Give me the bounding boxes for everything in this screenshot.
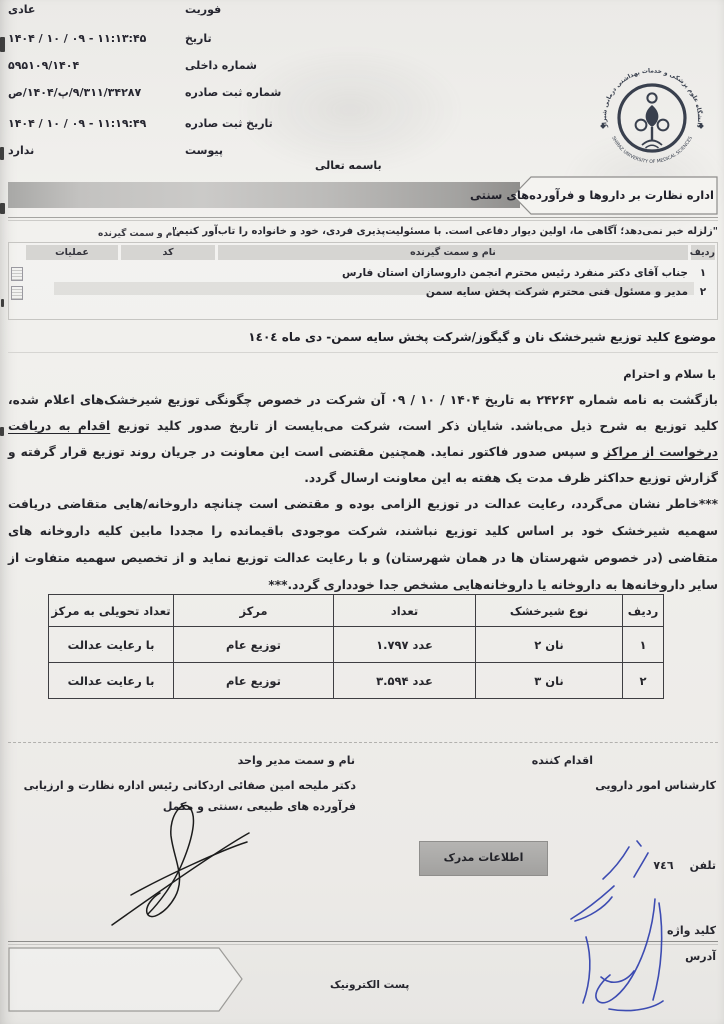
signoff-divider <box>8 742 718 743</box>
address-label: آدرس <box>685 950 716 963</box>
issue-no-value: ص/۱۴۰۴/پ/۹/۳۱۱/۳۴۲۸۷ <box>8 86 178 99</box>
issue-no-label: شماره ثبت صادره <box>185 86 281 99</box>
actor-role: کارشناس امور دارویی <box>595 779 716 792</box>
distribution-header-row: ردیف نوع شیرخشک تعداد مرکز تعداد تحویلی … <box>49 595 664 627</box>
recipient-row-1: ۱ جناب آقای دکتر منفرد رئیس محترم انجمن … <box>9 264 717 283</box>
recipients-header-code: کد <box>121 245 215 260</box>
attachment-label: پیوست <box>185 144 223 157</box>
date-label: تاریخ <box>185 32 212 45</box>
internal-no-label: شماره داخلی <box>185 59 257 72</box>
crest-watermark <box>235 45 465 175</box>
dist-row2-center: توزیع عام <box>174 663 334 699</box>
keyword-label: کلید واژه <box>667 924 716 937</box>
scanned-letter-page: فوریت عادی تاریخ ۱۴۰۴ / ۱۰ / ۰۹ - ۱۱:۱۳:… <box>0 0 724 1024</box>
dist-header-center: مرکز <box>174 595 334 627</box>
earthquake-awareness-quote: "زلزله خبر نمی‌دهد؛ آگاهی ما، اولین دیوا… <box>172 226 718 237</box>
document-info-button: اطلاعات مدرک <box>419 841 548 876</box>
recipient-row-2: ۲ مدیر و مسئول فنی محترم شرکت پخش سایه س… <box>9 283 717 302</box>
subject-divider <box>8 352 718 353</box>
para1-text: بازگشت به نامه شماره ۲۴۲۶۳ به تاریخ ۱۴۰۴… <box>8 393 718 433</box>
dist-row1-no: ۱ <box>623 627 664 663</box>
banner-divider <box>8 217 718 221</box>
salutation: با سلام و احترام <box>623 367 716 381</box>
recipient-row-1-no: ۱ <box>691 264 715 283</box>
dist-row1-type: نان ۲ <box>476 627 623 663</box>
distribution-table: ردیف نوع شیرخشک تعداد مرکز تعداد تحویلی … <box>48 594 664 699</box>
internal-no-value: ۵۹۵۱۰۹/۱۴۰۴ <box>8 59 178 72</box>
recipients-header-row: ردیف نام و سمت گیرنده کد عملیات <box>9 243 717 260</box>
recipients-header-name: نام و سمت گیرنده <box>218 245 688 260</box>
subject-line: موضوع کلید توزیع شیرخشک نان و گیگوز/شرکت… <box>248 330 716 344</box>
dist-row1-center: توزیع عام <box>174 627 334 663</box>
handwritten-note-blue <box>571 841 663 1011</box>
urgency-value: عادی <box>8 3 178 16</box>
attachment-value: ندارد <box>8 144 178 157</box>
dist-header-type: نوع شیرخشک <box>476 595 623 627</box>
phone-label: تلفن <box>690 859 716 872</box>
dist-header-delivered: تعداد تحویلی به مرکز <box>49 595 174 627</box>
dist-row2-type: نان ۳ <box>476 663 623 699</box>
phone-row: تلفن ٧٤٦ <box>653 859 716 872</box>
recipient-row-1-name: جناب آقای دکتر منفرد رئیس محترم انجمن دا… <box>218 264 688 283</box>
left-edge-scan-smudges <box>0 37 5 436</box>
issue-date-value: ۱۴۰۴ / ۱۰ / ۰۹ - ۱۱:۱۹:۴۹ <box>8 117 178 130</box>
actor-label: اقدام کننده <box>532 754 593 767</box>
footer-divider <box>8 941 718 945</box>
recipient-row-2-no: ۲ <box>691 283 715 302</box>
manager-label: نام و سمت مدیر واحد <box>238 754 355 767</box>
document-action-icon <box>11 286 23 300</box>
email-label: پست الکترونیک <box>330 979 409 991</box>
recipient-row-2-code <box>121 283 215 302</box>
dist-row2-delivered: با رعایت عدالت <box>49 663 174 699</box>
recipient-row-1-actions <box>26 264 118 283</box>
banner-bar <box>8 182 520 208</box>
document-action-icon <box>11 267 23 281</box>
besmele-text: باسمه تعالی <box>315 159 382 172</box>
manager-signature-black <box>112 806 249 925</box>
manager-name: دکتر ملیحه امین صفائی اردکانی رئیس اداره… <box>11 775 356 817</box>
email-chevron-outline <box>8 946 246 1014</box>
recipient-section-label: نام و سمت گیرنده <box>98 229 179 239</box>
distribution-row-2: ۲ نان ۳ ۳.۵۹۴ عدد توزیع عام با رعایت عدا… <box>49 663 664 699</box>
body-paragraph-2: ***خاطر نشان می‌گردد، رعایت عدالت در توز… <box>8 491 718 599</box>
university-seal-logo: دانشگاه علوم پزشکی و خدمات بهداشتی درمان… <box>596 62 708 174</box>
dist-row1-delivered: با رعایت عدالت <box>49 627 174 663</box>
phone-value: ٧٤٦ <box>653 859 673 872</box>
recipients-header-spacer <box>11 245 23 260</box>
recipient-row-2-actions <box>26 283 118 302</box>
recipients-table: ردیف نام و سمت گیرنده کد عملیات ۱ جناب آ… <box>8 242 718 320</box>
recipients-header-row-no: ردیف <box>691 245 715 260</box>
banner-title: اداره نظارت بر داروها و فرآورده‌های سنتی <box>524 188 714 202</box>
dist-header-row-no: ردیف <box>623 595 664 627</box>
recipients-header-actions: عملیات <box>26 245 118 260</box>
recipient-row-2-name: مدیر و مسئول فنی محترم شرکت پخش سایه سمن <box>218 283 688 302</box>
dist-row2-count: ۳.۵۹۴ عدد <box>334 663 476 699</box>
date-value: ۱۴۰۴ / ۱۰ / ۰۹ - ۱۱:۱۳:۴۵ <box>8 32 178 45</box>
body-paragraph-1: بازگشت به نامه شماره ۲۴۲۶۳ به تاریخ ۱۴۰۴… <box>8 387 718 491</box>
dist-row2-no: ۲ <box>623 663 664 699</box>
urgency-label: فوریت <box>185 3 221 16</box>
dist-row1-count: ۱.۷۹۷ عدد <box>334 627 476 663</box>
dist-header-count: تعداد <box>334 595 476 627</box>
issue-date-label: تاریخ ثبت صادره <box>185 117 273 130</box>
distribution-row-1: ۱ نان ۲ ۱.۷۹۷ عدد توزیع عام با رعایت عدا… <box>49 627 664 663</box>
recipient-row-1-code <box>121 264 215 283</box>
